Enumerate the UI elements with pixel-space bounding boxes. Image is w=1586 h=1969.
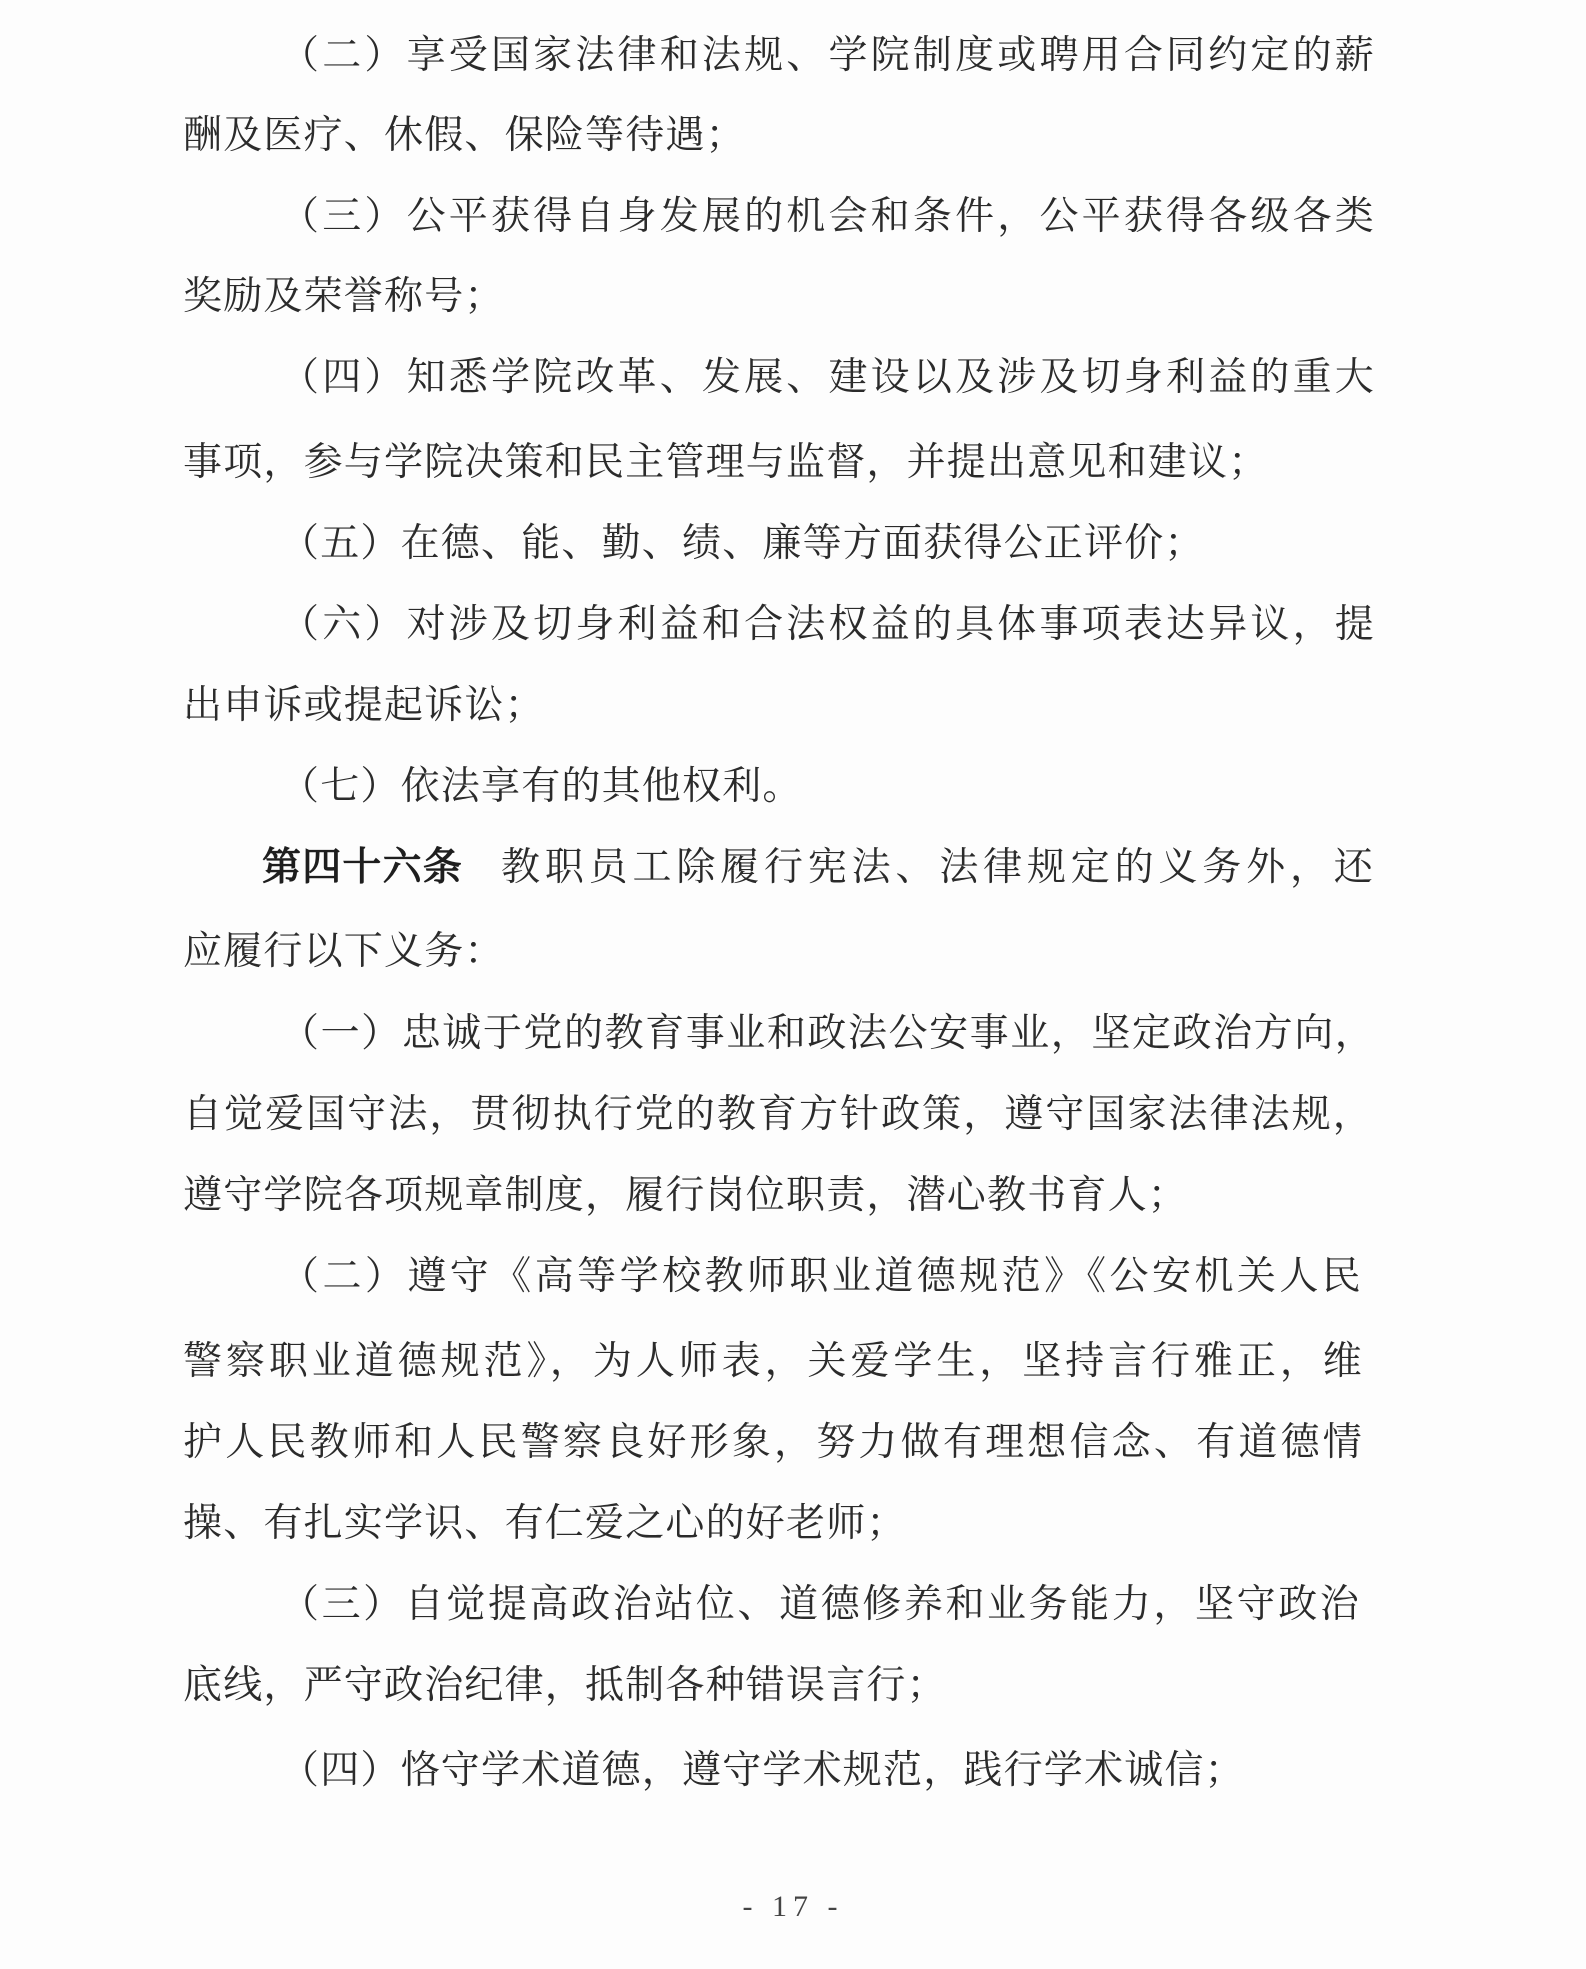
paragraph-line: 遵守学院各项规章制度，履行岗位职责，潜心教书育人； [183,1166,1373,1226]
paragraph-line: 出申诉或提起诉讼； [183,676,1373,736]
article-text: 教职员工除履行宪法、法律规定的义务外，还 [501,838,1374,898]
paragraph-line: （六）对涉及切身利益和合法权益的具体事项表达异议，提 [280,595,1375,655]
paragraph-line: （七）依法享有的其他权利。 [280,757,1375,817]
paragraph-line: （四）恪守学术道德，遵守学术规范，践行学术诚信； [280,1741,1375,1801]
paragraph-line: （五）在德、能、勤、绩、廉等方面获得公正评价； [280,514,1375,574]
paragraph-line: 护人民教师和人民警察良好形象，努力做有理想信念、有道德情 [183,1413,1363,1473]
paragraph-line: （三）公平获得自身发展的机会和条件，公平获得各级各类 [280,187,1375,247]
paragraph-line: 酬及医疗、休假、保险等待遇； [183,106,1373,166]
document-page: （二）享受国家法律和法规、学院制度或聘用合同约定的薪 酬及医疗、休假、保险等待遇… [0,0,1586,1969]
paragraph-line: 底线，严守政治纪律，抵制各种错误言行； [183,1656,1373,1716]
paragraph-line: 自觉爱国守法，贯彻执行党的教育方针政策，遵守国家法律法规， [183,1085,1373,1145]
article-number: 第四十六条 [262,838,463,898]
article-heading-line: 第四十六条 教职员工除履行宪法、法律规定的义务外，还 [262,838,1374,898]
paragraph-line: 事项，参与学院决策和民主管理与监督，并提出意见和建议； [183,433,1373,493]
paragraph-line: （一）忠诚于党的教育事业和政法公安事业，坚定政治方向， [280,1004,1375,1064]
paragraph-line: 操、有扎实学识、有仁爱之心的好老师； [183,1494,1373,1554]
paragraph-line: （二）享受国家法律和法规、学院制度或聘用合同约定的薪 [280,26,1375,86]
paragraph-line: （二）遵守《高等学校教师职业道德规范》《公安机关人民 [280,1247,1362,1307]
paragraph-line: （三）自觉提高政治站位、道德修养和业务能力，坚守政治 [280,1575,1360,1635]
paragraph-line: 警察职业道德规范》，为人师表，关爱学生，坚持言行雅正，维 [183,1332,1363,1392]
paragraph-line: （四）知悉学院改革、发展、建设以及涉及切身利益的重大 [280,348,1375,408]
paragraph-line: 应履行以下义务： [183,922,1373,982]
page-number: - 17 - [0,1890,1586,1924]
paragraph-line: 奖励及荣誉称号； [183,267,1373,327]
